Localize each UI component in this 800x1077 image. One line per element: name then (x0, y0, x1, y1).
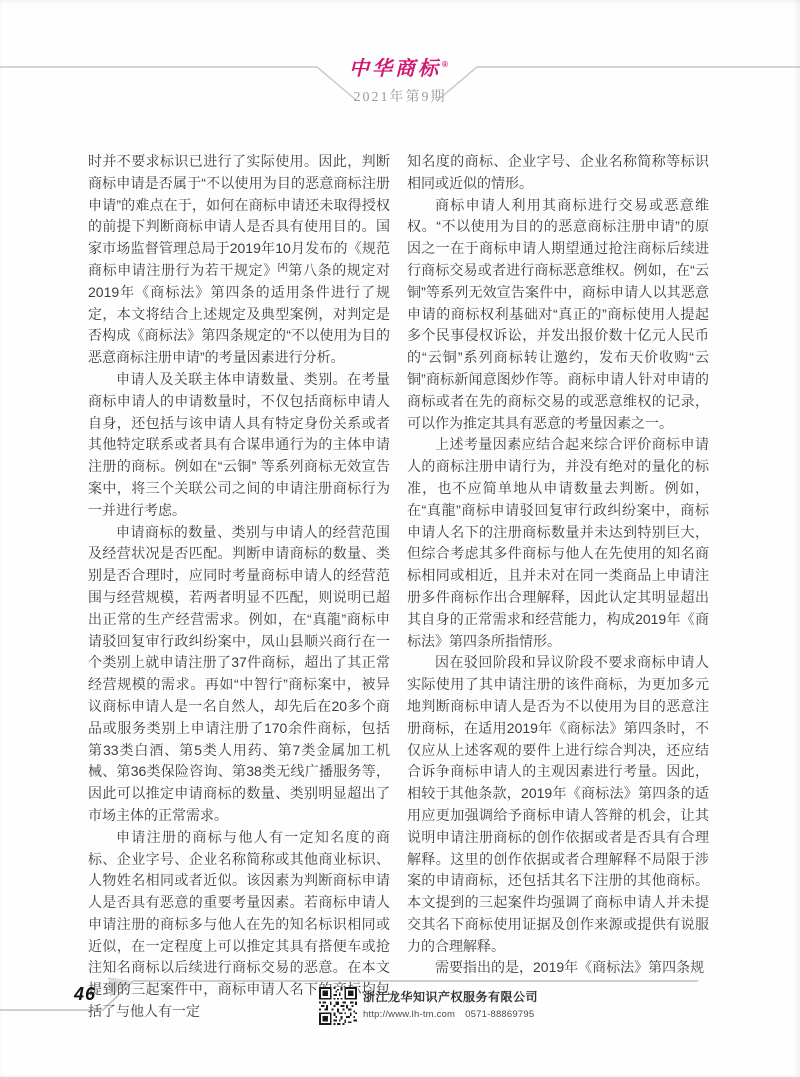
paragraph: 因在驳回阶段和异议阶段不要求商标申请人实际使用了其申请注册的该件商标，为更加多元… (407, 652, 709, 957)
magazine-page: 中华商标® 2021年第9期 时并不要求标识已进行了实际使用。因此，判断商标申请… (0, 0, 800, 1077)
article-right-column: 知名度的商标、企业字号、企业名称简称等标识相同或近似的情形。商标申请人利用其商标… (407, 151, 709, 979)
page-number: 46 (74, 984, 96, 1005)
paragraph: 时并不要求标识已进行了实际使用。因此，判断商标申请是否属于“不以使用为目的恶意商… (88, 151, 390, 369)
paragraph: 申请商标的数量、类别与申请人的经营范围及经营状况是否匹配。判断申请商标的数量、类… (88, 522, 390, 827)
paragraph: 申请人及关联主体申请数量、类别。在考量商标申请人的申请数量时，不仅包括商标申请人… (88, 369, 390, 522)
page-header: 中华商标® 2021年第9期 (0, 58, 800, 106)
registered-trademark-icon: ® (442, 60, 451, 69)
article-left-column: 时并不要求标识已进行了实际使用。因此，判断商标申请是否属于“不以使用为目的恶意商… (88, 151, 390, 1023)
footnote-reference: [4] (278, 261, 288, 271)
publisher-phone: 0571-88869795 (465, 1009, 534, 1020)
magazine-logo-text: 中华商标 (349, 58, 441, 80)
paragraph: 需要指出的是，2019年《商标法》第四条规 (407, 957, 709, 979)
publisher-info: 浙江龙华知识产权服务有限公司 http://www.lh-tm.com0571-… (363, 988, 544, 1020)
qr-code (319, 987, 357, 1025)
magazine-logo: 中华商标® (0, 58, 800, 80)
paragraph: 商标申请人利用其商标进行交易或恶意维权。“不以使用为目的的恶意商标注册申请”的原… (407, 195, 709, 435)
paragraph: 知名度的商标、企业字号、企业名称简称等标识相同或近似的情形。 (407, 151, 709, 195)
paragraph: 上述考量因素应结合起来综合评价商标申请人的商标注册申请行为，并没有绝对的量化的标… (407, 434, 709, 652)
publisher-contact: http://www.lh-tm.com0571-88869795 (363, 1009, 544, 1020)
publisher-website: http://www.lh-tm.com (363, 1009, 455, 1020)
issue-label: 2021年第9期 (0, 86, 800, 106)
publisher-name: 浙江龙华知识产权服务有限公司 (363, 988, 544, 1005)
